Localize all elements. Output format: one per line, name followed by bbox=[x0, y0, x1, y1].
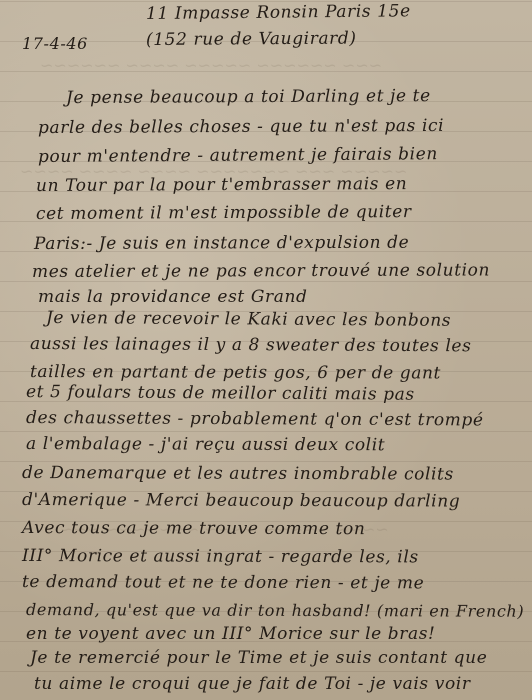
letter-line: te demand tout et ne te done rien - et j… bbox=[22, 572, 424, 593]
letter-line: Je te remercié pour le Time et je suis c… bbox=[30, 648, 487, 668]
letter-line: Paris:- Je suis en instance d'expulsion … bbox=[34, 233, 409, 254]
letter-line: pour m'entendre - autrement je fairais b… bbox=[38, 144, 438, 167]
letter-line: tu aime le croqui que je fait de Toi - j… bbox=[34, 674, 471, 694]
letter-line: un Tour par la pour t'embrasser mais en bbox=[36, 174, 407, 196]
letter-line: mais la providance est Grand bbox=[38, 287, 308, 307]
letter-line: demand, qu'est que va dir ton hasband! (… bbox=[26, 600, 524, 621]
handwritten-letter-page: ~~~ ~~~~~~ ~~~~~ ~~~~ ~~~~~~ ~~~~~ ~~~ ~… bbox=[0, 0, 532, 700]
letter-line: parle des belles choses - que tu n'est p… bbox=[38, 116, 444, 138]
letter-date: 17-4-46 bbox=[22, 34, 88, 53]
letter-line: Avec tous ca je me trouve comme ton bbox=[22, 518, 365, 539]
letter-line: a l'embalage - j'ai reçu aussi deux coli… bbox=[26, 434, 385, 455]
letter-line: des chaussettes - probablement q'on c'es… bbox=[26, 408, 484, 430]
letter-line: de Danemarque et les autres inombrable c… bbox=[22, 463, 454, 485]
letter-line: en te voyent avec un III° Morice sur le … bbox=[26, 624, 435, 644]
letter-line: Je pense beaucoup a toi Darling et je te bbox=[66, 86, 431, 108]
letter-line: mes atelier et je ne pas encor trouvé un… bbox=[32, 260, 490, 282]
letter-line: aussi les lainages il y a 8 sweater des … bbox=[30, 334, 472, 356]
letter-line: cet moment il m'est impossible de quiter bbox=[36, 202, 412, 224]
letter-line: et 5 foulars tous de meillor caliti mais… bbox=[26, 382, 415, 405]
letter-line: d'Amerique - Merci beaucoup beaucoup dar… bbox=[22, 490, 460, 512]
letter-line: tailles en partant de petis gos, 6 per d… bbox=[30, 362, 441, 383]
letter-line: Je vien de recevoir le Kaki avec les bon… bbox=[46, 308, 451, 331]
letter-address-line-2: (152 rue de Vaugirard) bbox=[146, 29, 357, 50]
bleed-through-ink: ~~~ ~~~~~~ ~~~~~ ~~~~ ~~~~~~ bbox=[40, 56, 382, 75]
letter-line: III° Morice et aussi ingrat - regarde le… bbox=[22, 546, 419, 567]
letter-address-line-1: 11 Impasse Ronsin Paris 15e bbox=[146, 1, 411, 24]
